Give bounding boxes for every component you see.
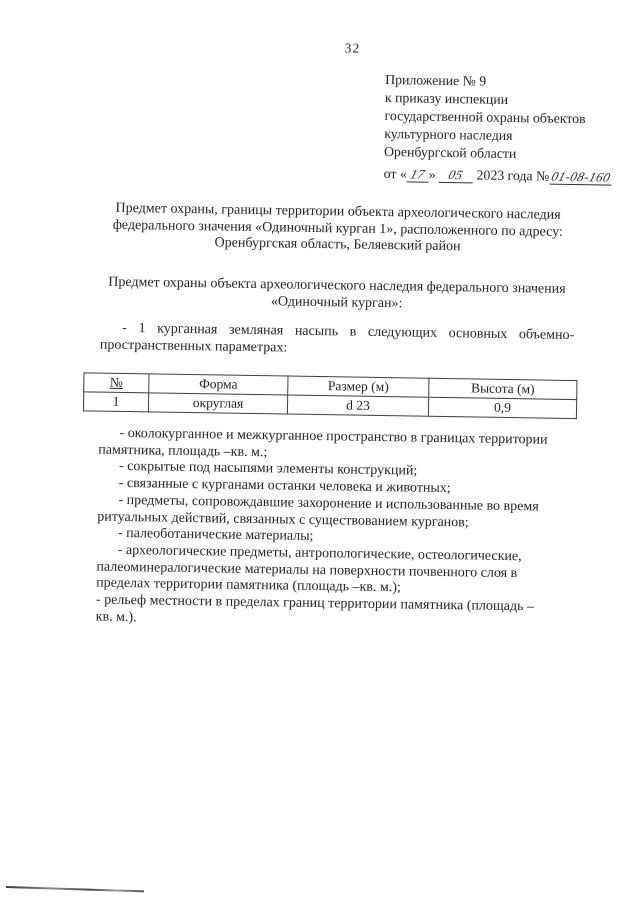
table-header-cell: № (84, 373, 149, 393)
page-number: 32 (345, 40, 361, 56)
date-line: от «17» 05 2023 года №01-08-160 (384, 165, 624, 187)
scan-content: 32 Приложение № 9 к приказу инспекции го… (0, 0, 640, 905)
appendix-line: Оренбургской области (384, 143, 624, 165)
table-cell: 0,9 (428, 397, 576, 418)
header-number: № (110, 375, 123, 390)
handwritten-month: 05 (447, 168, 465, 182)
document-title: Предмет охраны, границы территории объек… (89, 200, 586, 257)
scanned-document-page: 32 Приложение № 9 к приказу инспекции го… (0, 0, 640, 905)
table-cell: 1 (83, 392, 148, 412)
date-year: 2023 года № (476, 167, 549, 183)
table-header-cell: Высота (м) (429, 378, 577, 399)
table-cell: округлая (148, 393, 287, 414)
handwritten-doc-number: 01-08-160 (549, 170, 611, 185)
date-prefix: от « (384, 166, 407, 181)
date-close-quote: » (429, 167, 436, 182)
appendix-block: Приложение № 9 к приказу инспекции госуд… (384, 71, 626, 187)
table-header-cell: Размер (м) (288, 376, 429, 397)
intro-paragraph: - 1 курганная земляная насыпь в следующи… (100, 321, 574, 362)
protection-items-list: - околокурганное и межкурганное простран… (96, 426, 579, 634)
parameters-table: № Форма Размер (м) Высота (м) 1 округлая… (83, 372, 578, 419)
table-header-cell: Форма (149, 374, 288, 395)
handwritten-day: 17 (409, 167, 427, 181)
document-subtitle: Предмет охраны объекта археологического … (89, 274, 585, 315)
table-cell: d 23 (287, 395, 428, 416)
